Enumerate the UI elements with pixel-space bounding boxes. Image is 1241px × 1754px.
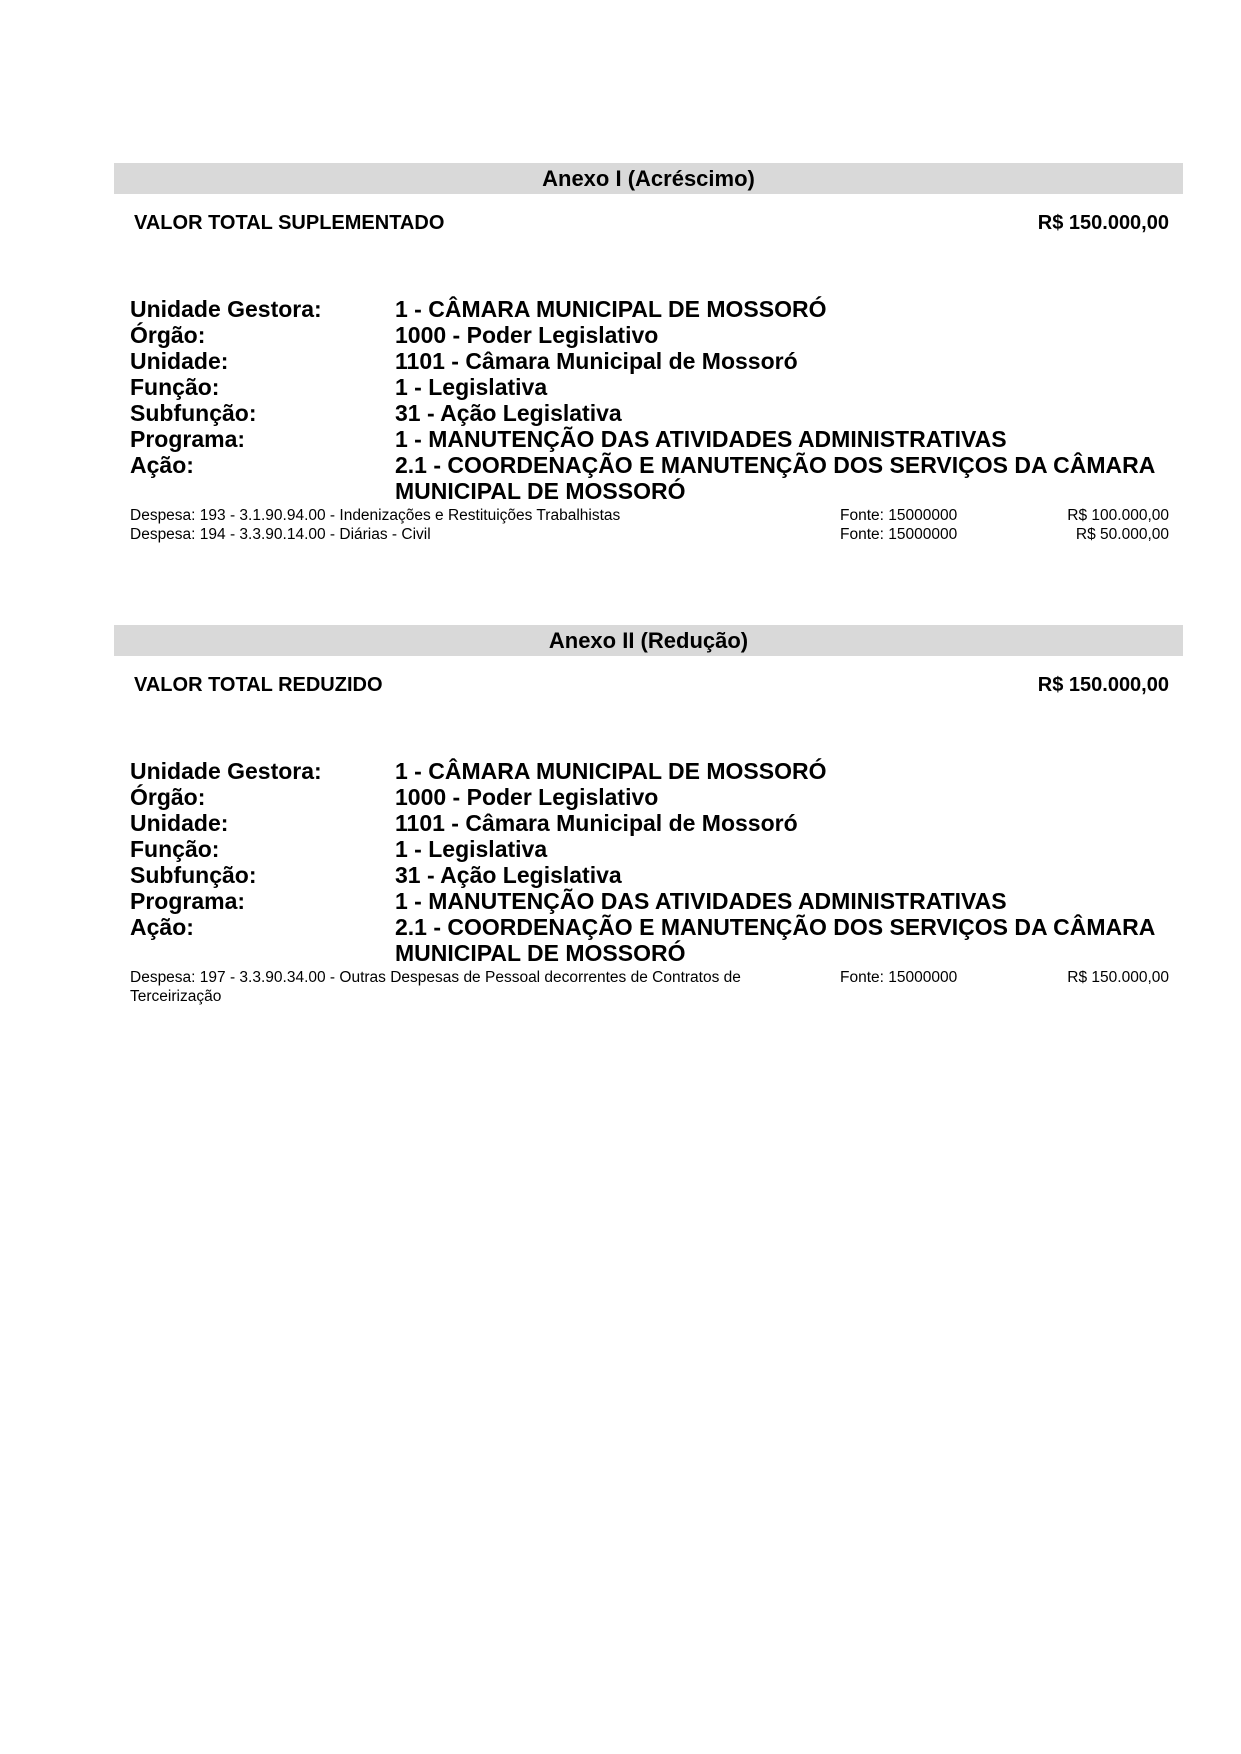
info-value: 1101 - Câmara Municipal de Mossoró	[395, 348, 1183, 374]
info-row-unidade: Unidade: 1101 - Câmara Municipal de Moss…	[130, 348, 1183, 374]
info-label: Unidade Gestora:	[130, 296, 395, 322]
total-value: R$ 150.000,00	[1038, 212, 1169, 235]
expense-row: Despesa: 193 - 3.1.90.94.00 - Indenizaçõ…	[130, 506, 1169, 525]
info-label: Ação:	[130, 452, 395, 504]
info-label: Programa:	[130, 426, 395, 452]
annex-2-section: Anexo II (Redução) VALOR TOTAL REDUZIDO …	[114, 625, 1183, 1006]
info-row-unidade-gestora: Unidade Gestora: 1 - CÂMARA MUNICIPAL DE…	[130, 296, 1183, 322]
info-value: 1101 - Câmara Municipal de Mossoró	[395, 810, 1183, 836]
expense-row: Despesa: 194 - 3.3.90.14.00 - Diárias - …	[130, 525, 1169, 544]
info-value: 1 - Legislativa	[395, 374, 1183, 400]
info-row-unidade: Unidade: 1101 - Câmara Municipal de Moss…	[130, 810, 1183, 836]
annex-title: Anexo II (Redução)	[114, 625, 1183, 656]
info-row-funcao: Função: 1 - Legislativa	[130, 836, 1183, 862]
info-value: 1000 - Poder Legislativo	[395, 784, 1183, 810]
expense-description: Despesa: 194 - 3.3.90.14.00 - Diárias - …	[130, 525, 840, 544]
info-label: Órgão:	[130, 322, 395, 348]
expense-amount: R$ 100.000,00	[1030, 506, 1169, 525]
info-value: 31 - Ação Legislativa	[395, 400, 1183, 426]
annex-title: Anexo I (Acréscimo)	[114, 163, 1183, 194]
info-label: Unidade:	[130, 810, 395, 836]
info-value: 1 - Legislativa	[395, 836, 1183, 862]
info-label: Subfunção:	[130, 400, 395, 426]
info-row-acao: Ação: 2.1 - COORDENAÇÃO E MANUTENÇÃO DOS…	[130, 452, 1183, 504]
info-row-unidade-gestora: Unidade Gestora: 1 - CÂMARA MUNICIPAL DE…	[130, 758, 1183, 784]
expense-list: Despesa: 193 - 3.1.90.94.00 - Indenizaçõ…	[130, 506, 1169, 544]
info-row-orgao: Órgão: 1000 - Poder Legislativo	[130, 322, 1183, 348]
total-value: R$ 150.000,00	[1038, 674, 1169, 697]
info-label: Subfunção:	[130, 862, 395, 888]
total-label: VALOR TOTAL REDUZIDO	[134, 674, 383, 697]
info-value: 31 - Ação Legislativa	[395, 862, 1183, 888]
total-label: VALOR TOTAL SUPLEMENTADO	[134, 212, 444, 235]
expense-row: Despesa: 197 - 3.3.90.34.00 - Outras Des…	[130, 968, 1169, 1006]
info-row-subfuncao: Subfunção: 31 - Ação Legislativa	[130, 862, 1183, 888]
info-row-programa: Programa: 1 - MANUTENÇÃO DAS ATIVIDADES …	[130, 426, 1183, 452]
info-label: Órgão:	[130, 784, 395, 810]
expense-source: Fonte: 15000000	[840, 506, 1030, 525]
info-label: Ação:	[130, 914, 395, 966]
info-row-subfuncao: Subfunção: 31 - Ação Legislativa	[130, 400, 1183, 426]
expense-list: Despesa: 197 - 3.3.90.34.00 - Outras Des…	[130, 968, 1169, 1006]
info-value: 1 - CÂMARA MUNICIPAL DE MOSSORÓ	[395, 758, 1183, 784]
info-value: 2.1 - COORDENAÇÃO E MANUTENÇÃO DOS SERVI…	[395, 452, 1183, 504]
info-row-programa: Programa: 1 - MANUTENÇÃO DAS ATIVIDADES …	[130, 888, 1183, 914]
expense-amount: R$ 50.000,00	[1030, 525, 1169, 544]
expense-source: Fonte: 15000000	[840, 968, 1030, 1006]
budget-info: Unidade Gestora: 1 - CÂMARA MUNICIPAL DE…	[130, 758, 1183, 966]
total-row: VALOR TOTAL REDUZIDO R$ 150.000,00	[114, 674, 1183, 700]
info-label: Unidade Gestora:	[130, 758, 395, 784]
info-value: 1 - MANUTENÇÃO DAS ATIVIDADES ADMINISTRA…	[395, 426, 1183, 452]
expense-amount: R$ 150.000,00	[1030, 968, 1169, 1006]
info-label: Função:	[130, 374, 395, 400]
info-row-orgao: Órgão: 1000 - Poder Legislativo	[130, 784, 1183, 810]
expense-description: Despesa: 193 - 3.1.90.94.00 - Indenizaçõ…	[130, 506, 840, 525]
info-value: 1 - CÂMARA MUNICIPAL DE MOSSORÓ	[395, 296, 1183, 322]
expense-description: Despesa: 197 - 3.3.90.34.00 - Outras Des…	[130, 968, 840, 1006]
info-label: Unidade:	[130, 348, 395, 374]
info-value: 1000 - Poder Legislativo	[395, 322, 1183, 348]
info-row-acao: Ação: 2.1 - COORDENAÇÃO E MANUTENÇÃO DOS…	[130, 914, 1183, 966]
expense-source: Fonte: 15000000	[840, 525, 1030, 544]
info-value: 2.1 - COORDENAÇÃO E MANUTENÇÃO DOS SERVI…	[395, 914, 1183, 966]
total-row: VALOR TOTAL SUPLEMENTADO R$ 150.000,00	[114, 212, 1183, 238]
info-label: Função:	[130, 836, 395, 862]
info-row-funcao: Função: 1 - Legislativa	[130, 374, 1183, 400]
info-label: Programa:	[130, 888, 395, 914]
budget-info: Unidade Gestora: 1 - CÂMARA MUNICIPAL DE…	[130, 296, 1183, 504]
annex-1-section: Anexo I (Acréscimo) VALOR TOTAL SUPLEMEN…	[114, 163, 1183, 544]
info-value: 1 - MANUTENÇÃO DAS ATIVIDADES ADMINISTRA…	[395, 888, 1183, 914]
